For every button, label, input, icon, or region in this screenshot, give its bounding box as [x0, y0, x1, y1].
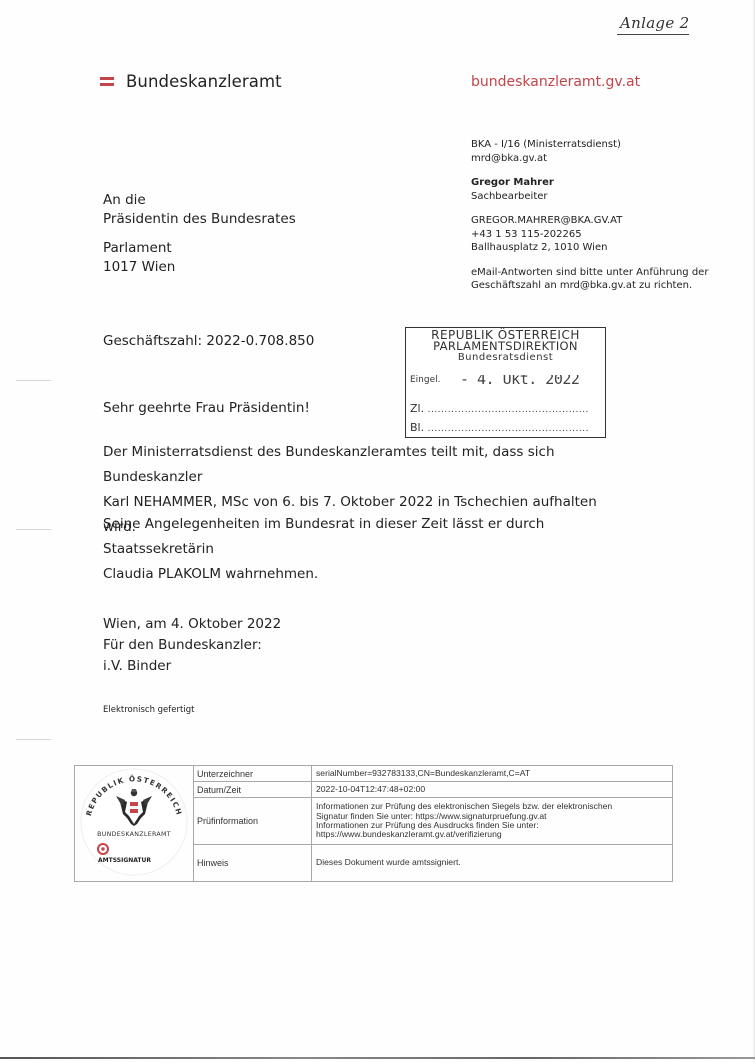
fold-mark	[16, 529, 51, 530]
stamp-bl-row: Bl. ....................................…	[410, 421, 601, 434]
stamp-service: Bundesratsdienst	[406, 352, 605, 363]
reference-number: Geschäftszahl: 2022-0.708.850	[103, 333, 314, 349]
handwritten-annex-label: Anlage 2	[620, 14, 689, 32]
logo-text: Bundeskanzleramt	[126, 72, 282, 91]
signature-row: Datum/Zeit 2022-10-04T12:47:48+02:00	[193, 782, 672, 798]
receipt-stamp: REPUBLIK ÖSTERREICH PARLAMENTSDIREKTION …	[405, 327, 606, 438]
signature-info-table: Unterzeichner serialNumber=932783133,CN=…	[193, 766, 672, 881]
official-seal-graphic: REPUBLIK ÖSTERREICH BUNDESKANZLERAMT AMT…	[75, 766, 193, 881]
reply-note-line2: Geschäftszahl an mrd@bka.gv.at zu richte…	[471, 279, 708, 293]
signature-row-value: serialNumber=932783133,CN=Bundeskanzlera…	[312, 766, 672, 781]
reply-note-line1: eMail-Antworten sind bitte unter Anführu…	[471, 266, 708, 280]
verification-line[interactable]: https://www.bundeskanzleramt.gv.at/verif…	[316, 830, 612, 839]
sender-department-email[interactable]: mrd@bka.gv.at	[471, 152, 708, 166]
seal-org: BUNDESKANZLERAMT	[97, 831, 171, 838]
recipient-line: Präsidentin des Bundesrates	[103, 210, 296, 229]
signature-row-label: Hinweis	[193, 845, 312, 881]
signature-row-label: Unterzeichner	[193, 766, 312, 781]
signature-row: Hinweis Dieses Dokument wurde amtssignie…	[193, 845, 672, 881]
stamp-received-row: Eingel. - 4. Ukt. 2022	[410, 375, 601, 385]
recipient-line: 1017 Wien	[103, 258, 296, 277]
sender-block: BKA - I/16 (Ministerratsdienst) mrd@bka.…	[471, 138, 708, 293]
on-behalf: Für den Bundeskanzler:	[103, 635, 281, 656]
stamp-zl-row: Zl. ....................................…	[410, 402, 601, 415]
sender-address: Ballhausplatz 2, 1010 Wien	[471, 241, 708, 255]
stamp-dotted-line: ........................................…	[428, 424, 589, 434]
signature-row-value: 2022-10-04T12:47:48+02:00	[312, 782, 672, 797]
signature-row-value: Dieses Dokument wurde amtssigniert.	[312, 845, 672, 881]
signature-row-label: Datum/Zeit	[193, 782, 312, 797]
paragraph-line: Der Ministerratsdienst des Bundeskanzler…	[103, 440, 603, 490]
stamp-bl-label: Bl.	[410, 421, 424, 434]
paragraph-line: Seine Angelegenheiten im Bundesrat in di…	[103, 512, 603, 562]
fold-mark	[16, 739, 51, 740]
stamp-received-date: - 4. Ukt. 2022	[460, 375, 579, 385]
austrian-flag-stripes-icon	[100, 76, 114, 87]
sender-phone: +43 1 53 115-202265	[471, 228, 708, 242]
seal-badge-text: AMTSSIGNATUR	[98, 857, 151, 864]
sender-email[interactable]: GREGOR.MAHRER@BKA.GV.AT	[471, 214, 708, 228]
bka-logo: Bundeskanzleramt	[100, 72, 282, 91]
recipient-address: An die Präsidentin des Bundesrates Parla…	[103, 191, 296, 277]
recipient-line: An die	[103, 191, 296, 210]
paragraph-line: Claudia PLAKOLM wahrnehmen.	[103, 562, 603, 587]
stamp-dotted-line: ........................................…	[428, 405, 589, 415]
signature-row-label: Prüfinformation	[193, 798, 312, 844]
official-seal: REPUBLIK ÖSTERREICH BUNDESKANZLERAMT AMT…	[75, 766, 194, 881]
signatory: i.V. Binder	[103, 656, 281, 677]
paragraph-2: Seine Angelegenheiten im Bundesrat in di…	[103, 512, 603, 587]
handwritten-underline	[617, 34, 689, 35]
signature-row-value: Informationen zur Prüfung des elektronis…	[312, 798, 672, 844]
scan-bottom-edge	[0, 1057, 755, 1059]
stamp-received-label: Eingel.	[410, 375, 441, 385]
electronic-note: Elektronisch gefertigt	[103, 705, 194, 715]
stamp-zl-label: Zl.	[410, 402, 424, 415]
signature-block: REPUBLIK ÖSTERREICH BUNDESKANZLERAMT AMT…	[74, 765, 673, 882]
salutation: Sehr geehrte Frau Präsidentin!	[103, 400, 310, 416]
place-date: Wien, am 4. Oktober 2022	[103, 614, 281, 635]
website-link[interactable]: bundeskanzleramt.gv.at	[471, 74, 640, 90]
stamp-directorate: PARLAMENTSDIREKTION	[406, 341, 605, 352]
signature-row: Unterzeichner serialNumber=932783133,CN=…	[193, 766, 672, 782]
sender-name: Gregor Mahrer	[471, 177, 554, 188]
sender-role: Sachbearbeiter	[471, 190, 708, 204]
signature-row: Prüfinformation Informationen zur Prüfun…	[193, 798, 672, 845]
recipient-line: Parlament	[103, 239, 296, 258]
sender-department: BKA - I/16 (Ministerratsdienst)	[471, 138, 708, 152]
closing-block: Wien, am 4. Oktober 2022 Für den Bundesk…	[103, 614, 281, 677]
fold-mark	[16, 380, 51, 381]
